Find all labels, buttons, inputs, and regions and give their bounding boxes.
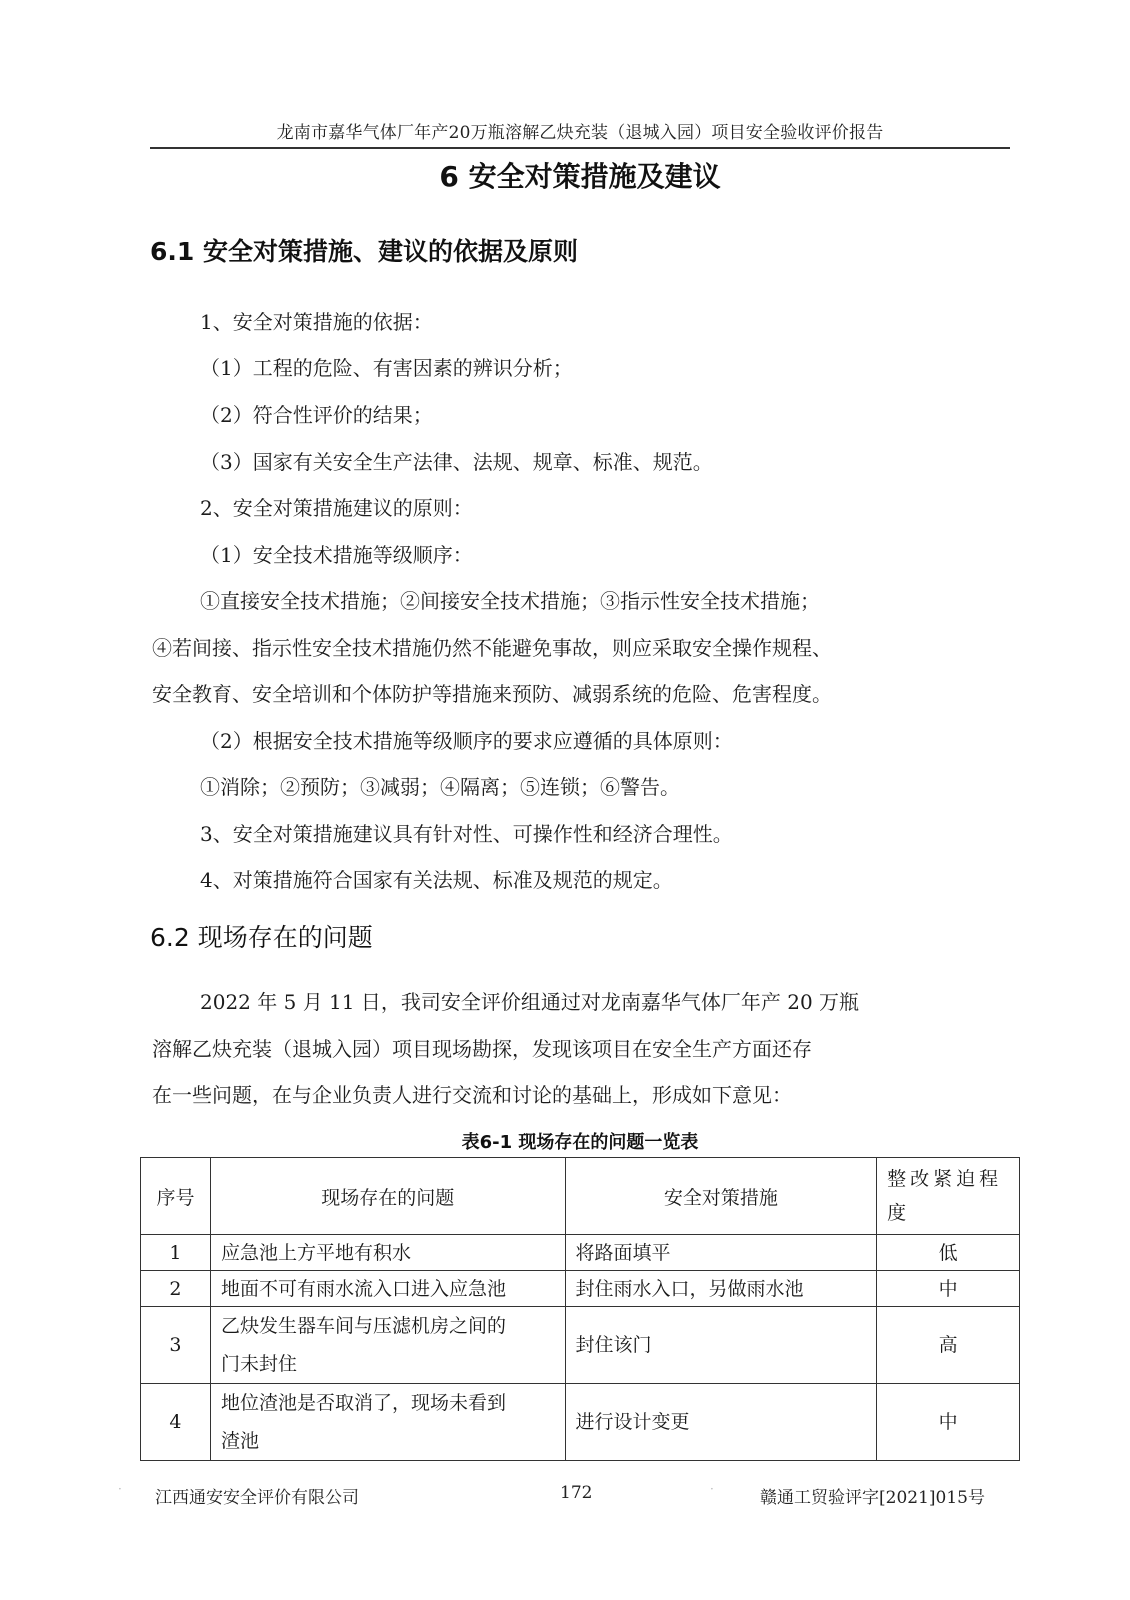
cell-index: 3 [141,1307,211,1384]
cell-issue-line1: 地位渣池是否取消了，现场未看到 [221,1392,506,1414]
footer-page-number: 172 [560,1483,592,1503]
cell-measure: 封住雨水入口，另做雨水池 [565,1271,877,1307]
section-heading-6-2: 6.2 现场存在的问题 [150,918,373,954]
paragraph: （1）工程的危险、有害因素的辨识分析； [200,352,573,381]
section-heading-6-1: 6.1 安全对策措施、建议的依据及原则 [150,232,578,268]
table-caption: 表6-1 现场存在的问题一览表 [140,1128,1020,1154]
cell-issue-line2: 渣池 [221,1430,259,1452]
table-row: 1 应急池上方平地有积水 将路面填平 低 [141,1235,1020,1271]
cell-urgency: 中 [877,1271,1020,1307]
cell-urgency: 中 [877,1384,1020,1461]
cell-issue: 地位渣池是否取消了，现场未看到渣池 [210,1384,565,1461]
paragraph: 2、安全对策措施建议的原则： [200,492,473,521]
chapter-title: 6 安全对策措施及建议 [150,155,1010,195]
paragraph: ④若间接、指示性安全技术措施仍然不能避免事故，则应采取安全操作规程、 [152,632,832,661]
cell-measure: 进行设计变更 [565,1384,877,1461]
cell-issue: 地面不可有雨水流入口进入应急池 [210,1271,565,1307]
footer-company: 江西通安安全评价有限公司 [155,1483,359,1508]
table-row: 4 地位渣池是否取消了，现场未看到渣池 进行设计变更 中 [141,1384,1020,1461]
table-header-row: 序号 现场存在的问题 安全对策措施 整改紧迫程度 [141,1158,1020,1235]
issues-table: 序号 现场存在的问题 安全对策措施 整改紧迫程度 1 应急池上方平地有积水 将路… [140,1157,1020,1461]
faint-stamp-mark: · [710,1482,724,1502]
header-rule [150,147,1010,149]
paragraph: 2022 年 5 月 11 日，我司安全评价组通过对龙南嘉华气体厂年产 20 万… [200,986,859,1015]
footer-document-number: 赣通工贸验评字[2021]015号 [760,1483,985,1508]
cell-index: 1 [141,1235,211,1271]
cell-issue: 乙炔发生器车间与压滤机房之间的门未封住 [210,1307,565,1384]
column-header-measure: 安全对策措施 [565,1158,877,1235]
paragraph: 3、安全对策措施建议具有针对性、可操作性和经济合理性。 [200,818,733,847]
paragraph: ①消除；②预防；③减弱；④隔离；⑤连锁；⑥警告。 [200,771,680,800]
paragraph: 安全教育、安全培训和个体防护等措施来预防、减弱系统的危险、危害程度。 [152,678,832,707]
running-header: 龙南市嘉华气体厂年产20万瓶溶解乙炔充装（退城入园）项目安全验收评价报告 [150,118,1010,143]
paragraph: ①直接安全技术措施；②间接安全技术措施；③指示性安全技术措施； [200,585,820,614]
paragraph: 1、安全对策措施的依据： [200,306,433,335]
paragraph: （1）安全技术措施等级顺序： [200,539,473,568]
paragraph: 4、对策措施符合国家有关法规、标准及规范的规定。 [200,864,673,893]
cell-issue: 应急池上方平地有积水 [210,1235,565,1271]
cell-urgency: 低 [877,1235,1020,1271]
table-row: 3 乙炔发生器车间与压滤机房之间的门未封住 封住该门 高 [141,1307,1020,1384]
paragraph: （2）根据安全技术措施等级顺序的要求应遵循的具体原则： [200,725,733,754]
paragraph: （2）符合性评价的结果； [200,399,433,428]
urgency-header-line2: 度 [887,1202,910,1224]
cell-index: 4 [141,1384,211,1461]
cell-measure: 将路面填平 [565,1235,877,1271]
cell-urgency: 高 [877,1307,1020,1384]
faint-stamp-mark: · [118,1482,132,1502]
column-header-urgency: 整改紧迫程度 [877,1158,1020,1235]
urgency-header-line1: 整改紧迫程 [887,1168,1002,1190]
cell-measure: 封住该门 [565,1307,877,1384]
column-header-issue: 现场存在的问题 [210,1158,565,1235]
paragraph: （3）国家有关安全生产法律、法规、规章、标准、规范。 [200,446,713,475]
cell-index: 2 [141,1271,211,1307]
column-header-index: 序号 [141,1158,211,1235]
paragraph: 在一些问题，在与企业负责人进行交流和讨论的基础上，形成如下意见： [152,1079,792,1108]
cell-issue-line1: 乙炔发生器车间与压滤机房之间的 [221,1315,506,1337]
cell-issue-line2: 门未封住 [221,1353,297,1375]
paragraph: 溶解乙炔充装（退城入园）项目现场勘探，发现该项目在安全生产方面还存 [152,1033,812,1062]
table-row: 2 地面不可有雨水流入口进入应急池 封住雨水入口，另做雨水池 中 [141,1271,1020,1307]
